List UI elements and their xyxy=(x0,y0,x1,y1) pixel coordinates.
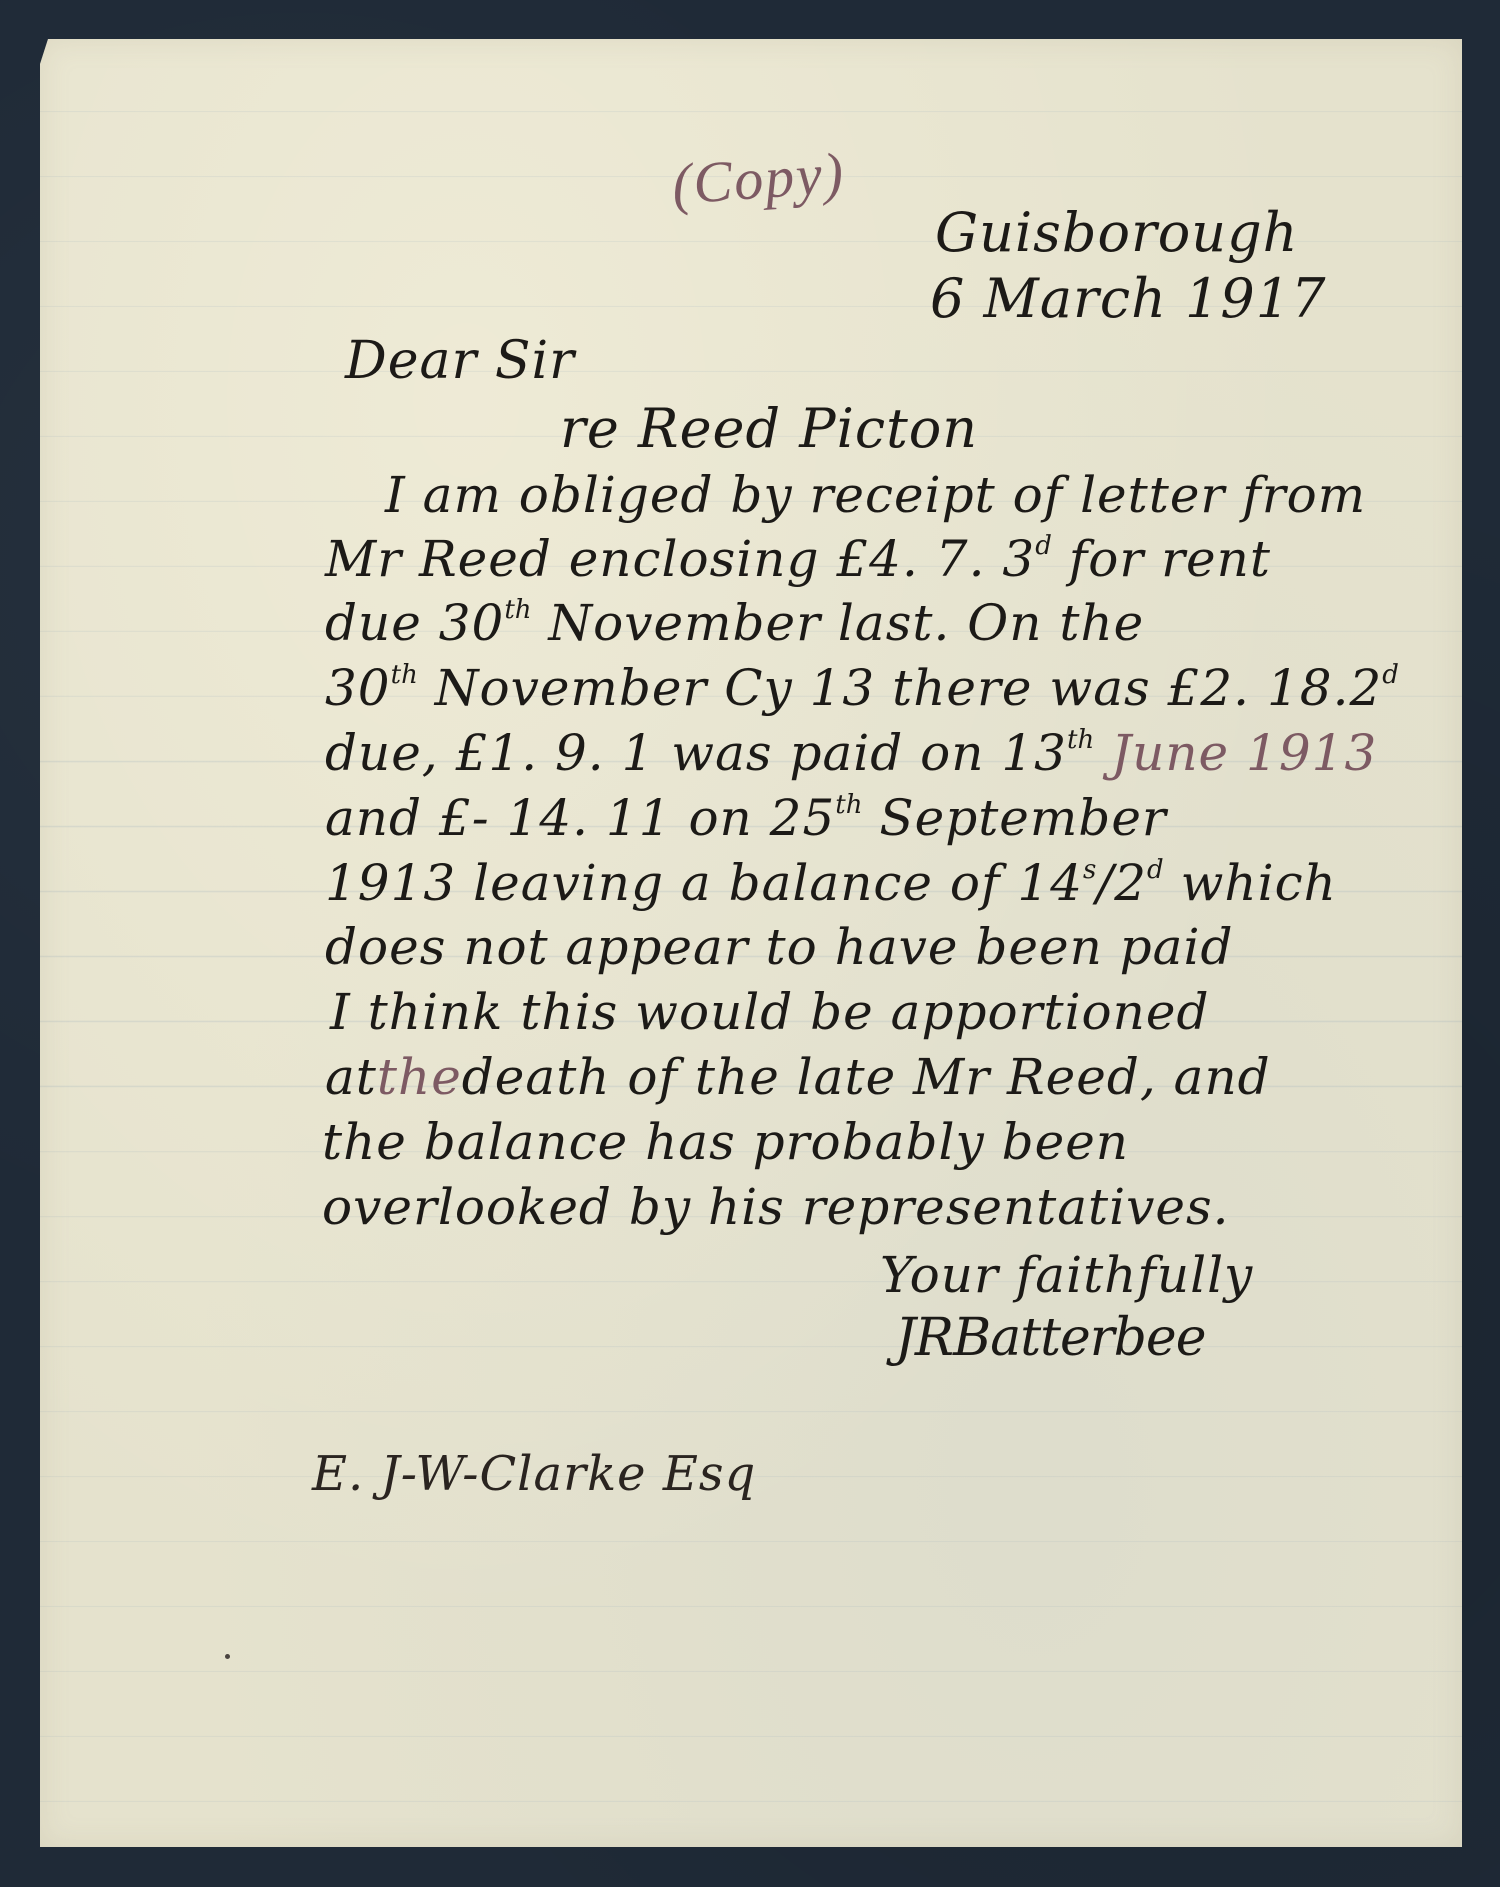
inserted-word-correction: the xyxy=(377,1048,462,1106)
body-line-2-post: for rent xyxy=(1052,530,1271,588)
body-line-4: 30th November Cy 13 there was £2. 18.2d xyxy=(325,662,1399,713)
body-line-3-post: November last. On the xyxy=(532,594,1145,652)
ordinal-superscript: th xyxy=(391,660,418,690)
ordinal-superscript: th xyxy=(835,790,862,820)
pence-superscript: d xyxy=(1147,855,1164,885)
letter-date: 6 March 1917 xyxy=(930,272,1326,326)
body-line-3: due 30th November last. On the xyxy=(325,597,1144,648)
body-line-7-post: which xyxy=(1164,854,1337,912)
body-line-4-post: November Cy 13 there was £2. 18.2 xyxy=(418,659,1382,717)
body-line-5: due, £1. 9. 1 was paid on 13th June 1913 xyxy=(325,727,1377,778)
paper-speck xyxy=(225,1654,230,1659)
body-line-7: 1913 leaving a balance of 14s/2d which xyxy=(325,857,1337,908)
body-line-7-pre: 1913 leaving a balance of 14 xyxy=(325,854,1083,912)
body-line-11: the balance has probably been xyxy=(322,1117,1129,1167)
salutation: Dear Sir xyxy=(345,335,575,387)
copy-annotation: (Copy) xyxy=(670,144,847,214)
body-line-1: I am obliged by receipt of letter from xyxy=(385,470,1366,520)
body-line-7-mid: /2 xyxy=(1096,854,1147,912)
body-line-12: overlooked by his representatives. xyxy=(322,1182,1230,1232)
pence-superscript: d xyxy=(1035,531,1052,561)
body-line-2: Mr Reed enclosing £4. 7. 3d for rent xyxy=(325,533,1271,584)
body-line-6-post: September xyxy=(862,789,1166,847)
body-line-10-post: death of the late Mr Reed, and xyxy=(462,1048,1271,1106)
addressee: E. J-W-Clarke Esq xyxy=(312,1450,756,1498)
ordinal-superscript: th xyxy=(1067,725,1094,755)
body-line-6: and £- 14. 11 on 25th September xyxy=(325,792,1167,843)
shillings-superscript: s xyxy=(1083,855,1096,885)
signature: JRBatterbee xyxy=(895,1312,1205,1364)
body-line-10: atthedeath of the late Mr Reed, and xyxy=(325,1052,1271,1102)
body-line-5-post xyxy=(1094,724,1111,782)
letter-place: Guisborough xyxy=(935,206,1298,260)
inserted-date-correction: June 1913 xyxy=(1111,724,1377,782)
body-line-9: I think this would be apportioned xyxy=(330,987,1209,1037)
body-line-5-pre: due, £1. 9. 1 was paid on 13 xyxy=(325,724,1067,782)
body-line-6-pre: and £- 14. 11 on 25 xyxy=(325,789,835,847)
body-line-2-pre: Mr Reed enclosing £4. 7. 3 xyxy=(325,530,1035,588)
body-line-4-pre: 30 xyxy=(325,659,391,717)
closing: Your faithfully xyxy=(880,1250,1253,1300)
body-line-10-pre: at xyxy=(325,1048,377,1106)
ordinal-superscript: th xyxy=(504,595,531,625)
body-line-8: does not appear to have been paid xyxy=(325,922,1234,972)
subject-line: re Reed Picton xyxy=(560,402,978,456)
body-line-3-pre: due 30 xyxy=(325,594,504,652)
pence-superscript: d xyxy=(1382,660,1399,690)
